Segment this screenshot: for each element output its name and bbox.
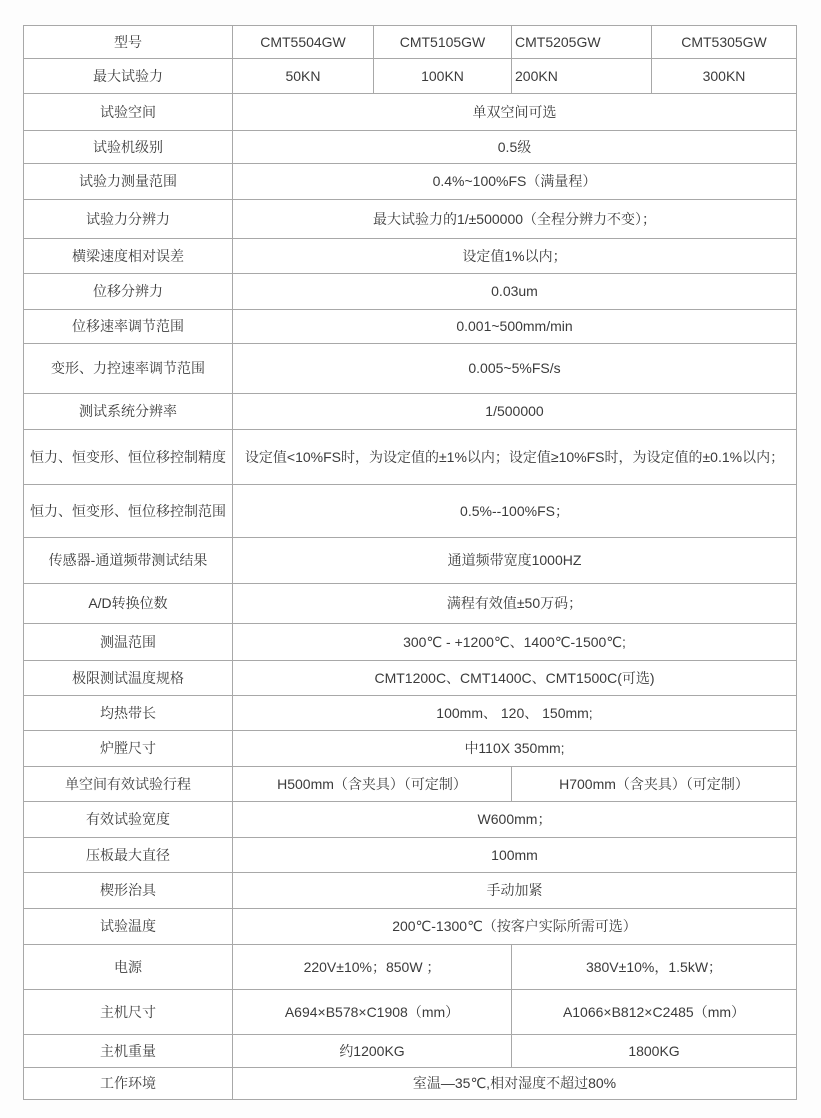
spec-value-cell: 1800KG <box>512 1035 797 1068</box>
spec-label-cell: 位移分辨力 <box>24 274 233 310</box>
spec-value-cell: 0.5%--100%FS； <box>233 485 797 538</box>
spec-value-cell: 0.001~500mm/min <box>233 310 797 344</box>
spec-label-cell: 极限测试温度规格 <box>24 661 233 696</box>
spec-value-cell: 最大试验力的1/±500000（全程分辨力不变）； <box>233 200 797 239</box>
table-row: 测温范围300℃ - +1200℃、1400℃-1500℃; <box>24 624 797 661</box>
table-row: 工作环境室温—35℃,相对湿度不超过80% <box>24 1068 797 1100</box>
spec-label-cell: 型号 <box>24 26 233 59</box>
spec-label-cell: 工作环境 <box>24 1068 233 1100</box>
spec-label-cell: 试验空间 <box>24 94 233 131</box>
spec-label-cell: 测试系统分辨率 <box>24 394 233 430</box>
spec-label-cell: 传感器-通道频带测试结果 <box>24 538 233 584</box>
table-row: 最大试验力50KN100KN200KN300KN <box>24 59 797 94</box>
spec-value-cell: 0.4%~100%FS（满量程） <box>233 164 797 200</box>
table-row: 主机尺寸A694×B578×C1908（mm）A1066×B812×C2485（… <box>24 990 797 1035</box>
spec-label-cell: A/D转换位数 <box>24 584 233 624</box>
table-row: 传感器-通道频带测试结果通道频带宽度1000HZ <box>24 538 797 584</box>
spec-value-cell: 300℃ - +1200℃、1400℃-1500℃; <box>233 624 797 661</box>
spec-value-cell: W600mm； <box>233 802 797 838</box>
spec-label-cell: 单空间有效试验行程 <box>24 767 233 802</box>
spec-value-cell: 满程有效值±50万码； <box>233 584 797 624</box>
spec-value-cell: 380V±10%，1.5kW； <box>512 945 797 990</box>
spec-label-cell: 试验力测量范围 <box>24 164 233 200</box>
spec-label-cell: 主机尺寸 <box>24 990 233 1035</box>
spec-value-cell: 中110X 350mm; <box>233 731 797 767</box>
spec-value-cell: 220V±10%；850W ； <box>233 945 512 990</box>
spec-value-cell: H700mm（含夹具）（可定制） <box>512 767 797 802</box>
table-row: 有效试验宽度W600mm； <box>24 802 797 838</box>
spec-label-cell: 电源 <box>24 945 233 990</box>
table-row: 试验温度200℃-1300℃（按客户实际所需可选） <box>24 909 797 945</box>
spec-value-cell: A694×B578×C1908（mm） <box>233 990 512 1035</box>
table-row: 试验空间单双空间可选 <box>24 94 797 131</box>
table-row: A/D转换位数满程有效值±50万码； <box>24 584 797 624</box>
table-row: 位移速率调节范围0.001~500mm/min <box>24 310 797 344</box>
spec-label-cell: 测温范围 <box>24 624 233 661</box>
spec-value-cell: 室温—35℃,相对湿度不超过80% <box>233 1068 797 1100</box>
spec-label-cell: 恒力、恒变形、恒位移控制范围 <box>24 485 233 538</box>
spec-table: 型号CMT5504GWCMT5105GWCMT5205GWCMT5305GW最大… <box>23 25 797 1100</box>
spec-value-cell: 200℃-1300℃（按客户实际所需可选） <box>233 909 797 945</box>
spec-label-cell: 位移速率调节范围 <box>24 310 233 344</box>
spec-label-cell: 均热带长 <box>24 696 233 731</box>
table-row: 试验力测量范围0.4%~100%FS（满量程） <box>24 164 797 200</box>
table-row: 试验机级别0.5级 <box>24 131 797 164</box>
spec-value-cell: 设定值1%以内； <box>233 239 797 274</box>
table-row: 单空间有效试验行程H500mm（含夹具）（可定制）H700mm（含夹具）（可定制… <box>24 767 797 802</box>
spec-label-cell: 试验力分辨力 <box>24 200 233 239</box>
spec-value-cell: 单双空间可选 <box>233 94 797 131</box>
spec-value-cell: CMT5504GW <box>233 26 374 59</box>
spec-value-cell: 50KN <box>233 59 374 94</box>
table-row: 电源220V±10%；850W ；380V±10%，1.5kW； <box>24 945 797 990</box>
spec-table-body: 型号CMT5504GWCMT5105GWCMT5205GWCMT5305GW最大… <box>24 26 797 1100</box>
table-row: 主机重量约1200KG1800KG <box>24 1035 797 1068</box>
spec-value-cell: 300KN <box>652 59 797 94</box>
spec-value-cell: A1066×B812×C2485（mm） <box>512 990 797 1035</box>
spec-value-cell: 0.005~5%FS/s <box>233 344 797 394</box>
spec-value-cell: 0.5级 <box>233 131 797 164</box>
spec-value-cell: CMT5205GW <box>512 26 652 59</box>
spec-value-cell: 1/500000 <box>233 394 797 430</box>
spec-label-cell: 楔形治具 <box>24 873 233 909</box>
spec-label-cell: 变形、力控速率调节范围 <box>24 344 233 394</box>
table-row: 横梁速度相对误差设定值1%以内； <box>24 239 797 274</box>
table-row: 压板最大直径100mm <box>24 838 797 873</box>
spec-value-cell: 100mm <box>233 838 797 873</box>
spec-value-cell: 200KN <box>512 59 652 94</box>
table-row: 楔形治具手动加紧 <box>24 873 797 909</box>
table-row: 恒力、恒变形、恒位移控制精度设定值<10%FS时，为设定值的±1%以内；设定值≥… <box>24 430 797 485</box>
spec-value-cell: CMT1200C、CMT1400C、CMT1500C(可选) <box>233 661 797 696</box>
spec-value-cell: 手动加紧 <box>233 873 797 909</box>
table-row: 极限测试温度规格CMT1200C、CMT1400C、CMT1500C(可选) <box>24 661 797 696</box>
spec-label-cell: 最大试验力 <box>24 59 233 94</box>
spec-label-cell: 试验机级别 <box>24 131 233 164</box>
spec-value-cell: CMT5305GW <box>652 26 797 59</box>
spec-label-cell: 横梁速度相对误差 <box>24 239 233 274</box>
table-row: 测试系统分辨率1/500000 <box>24 394 797 430</box>
spec-value-cell: 约1200KG <box>233 1035 512 1068</box>
spec-value-cell: 100KN <box>374 59 512 94</box>
table-row: 恒力、恒变形、恒位移控制范围0.5%--100%FS； <box>24 485 797 538</box>
spec-label-cell: 主机重量 <box>24 1035 233 1068</box>
table-row: 型号CMT5504GWCMT5105GWCMT5205GWCMT5305GW <box>24 26 797 59</box>
spec-value-cell: 0.03um <box>233 274 797 310</box>
spec-label-cell: 压板最大直径 <box>24 838 233 873</box>
table-row: 均热带长100mm、 120、 150mm; <box>24 696 797 731</box>
spec-value-cell: 设定值<10%FS时，为设定值的±1%以内；设定值≥10%FS时，为设定值的±0… <box>233 430 797 485</box>
spec-value-cell: 100mm、 120、 150mm; <box>233 696 797 731</box>
spec-label-cell: 试验温度 <box>24 909 233 945</box>
spec-sheet-page: 型号CMT5504GWCMT5105GWCMT5205GWCMT5305GW最大… <box>0 0 821 1118</box>
spec-label-cell: 有效试验宽度 <box>24 802 233 838</box>
spec-value-cell: H500mm（含夹具）（可定制） <box>233 767 512 802</box>
spec-value-cell: CMT5105GW <box>374 26 512 59</box>
table-row: 位移分辨力0.03um <box>24 274 797 310</box>
spec-value-cell: 通道频带宽度1000HZ <box>233 538 797 584</box>
table-row: 变形、力控速率调节范围0.005~5%FS/s <box>24 344 797 394</box>
table-row: 试验力分辨力最大试验力的1/±500000（全程分辨力不变）； <box>24 200 797 239</box>
spec-label-cell: 恒力、恒变形、恒位移控制精度 <box>24 430 233 485</box>
table-row: 炉膛尺寸中110X 350mm; <box>24 731 797 767</box>
spec-label-cell: 炉膛尺寸 <box>24 731 233 767</box>
